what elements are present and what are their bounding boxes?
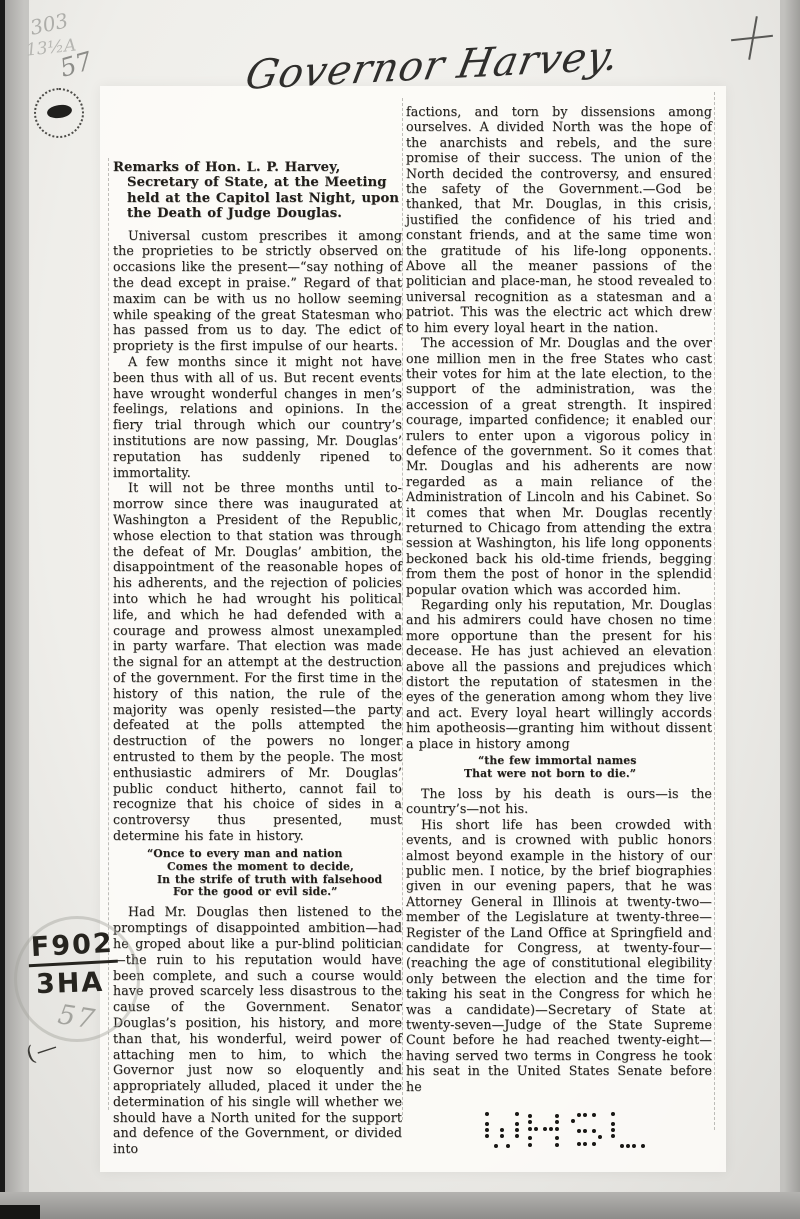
stamp-ink-blob: [46, 103, 73, 119]
perforation-dot: [592, 1129, 596, 1133]
perforation-dot: [500, 1128, 504, 1132]
perforation-dot: [555, 1127, 559, 1131]
article-paragraph: Had Mr. Douglas then listened to the pro…: [113, 904, 402, 1157]
article-headline: Remarks of Hon. L. P. Harvey, Secretary …: [113, 160, 402, 222]
perforation-dot: [485, 1112, 489, 1116]
perforation-dot: [555, 1136, 559, 1140]
perforation-dot: [528, 1143, 532, 1147]
perforation-dot: [555, 1114, 559, 1118]
call-number-pencil: 57: [56, 999, 99, 1036]
perforation-dot: [528, 1114, 532, 1118]
perforation-dot: [571, 1119, 575, 1123]
scan-corner-bottom-left: [0, 1205, 40, 1219]
article-column-left: Remarks of Hon. L. P. Harvey, Secretary …: [113, 160, 402, 1157]
column-rule-right: [714, 92, 715, 1130]
scan-edge-right: [784, 0, 800, 1219]
perforation-dot: [626, 1144, 630, 1148]
article-paragraph: Universal custom prescribes it among the…: [113, 228, 402, 354]
perforation-dot: [583, 1142, 587, 1146]
perforation-dot: [485, 1122, 489, 1126]
perforation-dot: [494, 1144, 498, 1148]
scanned-document-page: Governor Harvey. 303 13½A 57 Remarks of …: [0, 0, 800, 1219]
column-rule-center: [402, 98, 403, 1120]
perforation-dot: [549, 1127, 553, 1131]
poem-line: “Once to every man and nation: [147, 848, 402, 861]
poem-line: Comes the moment to decide,: [167, 861, 402, 874]
perforation-dot: [515, 1122, 519, 1126]
article-paragraph: factions, and torn by dissensions among …: [406, 104, 712, 335]
perforation-dot: [500, 1134, 504, 1138]
perforation-dot: [506, 1144, 510, 1148]
perforation-dot: [577, 1113, 581, 1117]
article-paragraph: A few months since it might not have bee…: [113, 354, 402, 480]
perforation-dot: [583, 1113, 587, 1117]
article-column-right: factions, and torn by dissensions among …: [406, 104, 712, 1094]
perforation-dot: [528, 1120, 532, 1124]
perforation-dot: [632, 1144, 636, 1148]
perforation-dot: [583, 1129, 587, 1133]
article-paragraph: It will not be three months until to-mor…: [113, 480, 402, 843]
perforation-dot: [555, 1143, 559, 1147]
poem-quote: “Once to every man and nation Comes the …: [113, 848, 402, 900]
perforation-stamp-whsl: [486, 1113, 662, 1157]
perforation-dot: [515, 1134, 519, 1138]
perforation-dot: [611, 1134, 615, 1138]
perforation-dot: [534, 1127, 538, 1131]
perforation-dot: [555, 1120, 559, 1124]
perforation-dot: [528, 1136, 532, 1140]
perforation-dot: [515, 1112, 519, 1116]
article-paragraph: His short life has been crowded with eve…: [406, 817, 712, 1094]
perforation-dot: [620, 1144, 624, 1148]
poem-line: For the good or evil side.”: [173, 886, 402, 899]
perforation-dot: [598, 1135, 602, 1139]
perforation-dot: [515, 1128, 519, 1132]
round-ink-stamp: [34, 88, 84, 138]
call-number-line1: F902: [27, 928, 118, 968]
article-paragraph: Regarding only his reputation, Mr. Dougl…: [406, 597, 712, 751]
perforation-dot: [611, 1112, 615, 1116]
perforation-dot: [577, 1129, 581, 1133]
perforation-dot: [592, 1142, 596, 1146]
perforation-dot: [592, 1113, 596, 1117]
article-paragraph: The accession of Mr. Douglas and the ove…: [406, 335, 712, 597]
scan-edge-bottom: [0, 1192, 800, 1219]
poem-line: That were not born to die.”: [464, 768, 712, 781]
perforation-dot: [528, 1127, 532, 1131]
scan-edge-left-shadow: [5, 0, 29, 1219]
perforation-dot: [577, 1142, 581, 1146]
article-paragraph: The loss by his death is ours—is the cou…: [406, 786, 712, 817]
perforation-dot: [611, 1128, 615, 1132]
perforation-dot: [485, 1128, 489, 1132]
perforation-dot: [543, 1127, 547, 1131]
perforation-dot: [611, 1122, 615, 1126]
poem-quote: “the few immortal names That were not bo…: [406, 755, 712, 781]
perforation-dot: [485, 1134, 489, 1138]
call-number-line2: 3HA: [35, 967, 104, 1000]
perforation-dot: [641, 1144, 645, 1148]
